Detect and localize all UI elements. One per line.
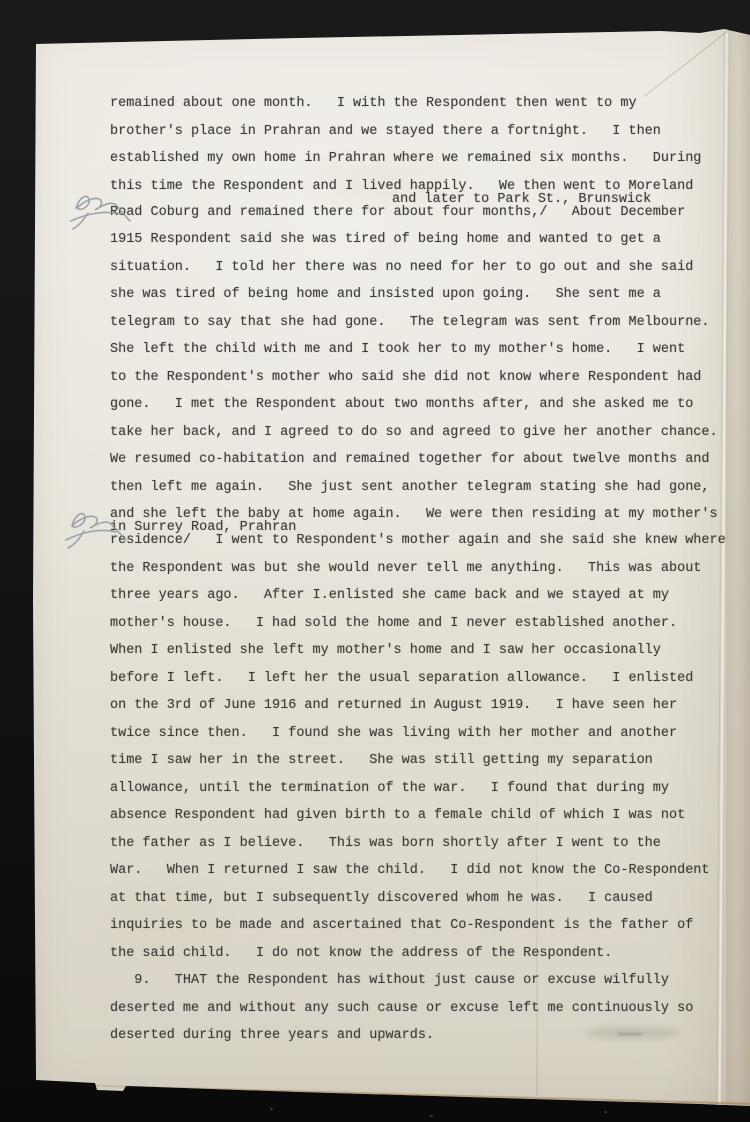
document-line: this time the Respondent and I lived hap… bbox=[110, 173, 740, 186]
document-line: time I saw her in the street. She was st… bbox=[110, 747, 740, 775]
document-line: 9. THAT the Respondent has without just … bbox=[110, 967, 740, 995]
document-line: War. When I returned I saw the child. I … bbox=[110, 857, 740, 885]
document-line: the father as I believe. This was born s… bbox=[110, 830, 740, 858]
document-line: on the 3rd of June 1916 and returned in … bbox=[110, 692, 740, 720]
document-line: established my own home in Prahran where… bbox=[110, 145, 740, 173]
dust-speck bbox=[604, 1111, 607, 1113]
document-line: mother's house. I had sold the home and … bbox=[110, 610, 740, 638]
dust-speck bbox=[430, 1115, 433, 1117]
document-line: three years ago. After I.enlisted she ca… bbox=[110, 582, 740, 610]
document-line: deserted me and without any such cause o… bbox=[110, 995, 740, 1023]
document-line: When I enlisted she left my mother's hom… bbox=[110, 637, 740, 665]
document-line: take her back, and I agreed to do so and… bbox=[110, 419, 740, 447]
document-page: remained about one month. I with the Res… bbox=[0, 0, 750, 1122]
document-line: telegram to say that she had gone. The t… bbox=[110, 309, 740, 337]
document-text: remained about one month. I with the Res… bbox=[110, 90, 740, 1050]
document-line: brother's place in Prahran and we stayed… bbox=[110, 118, 740, 146]
document-line: allowance, until the termination of the … bbox=[110, 775, 740, 803]
document-line: She left the child with me and I took he… bbox=[110, 336, 740, 364]
document-line: to the Respondent's mother who said she … bbox=[110, 364, 740, 392]
document-line: residence/ I went to Respondent's mother… bbox=[110, 527, 740, 555]
document-line: the Respondent was but she would never t… bbox=[110, 555, 740, 583]
pencil-initials-icon bbox=[62, 504, 130, 552]
document-line: inquiries to be made and ascertained tha… bbox=[110, 912, 740, 940]
document-line: before I left. I left her the usual sepa… bbox=[110, 665, 740, 693]
dust-speck bbox=[270, 1108, 273, 1110]
erased-text-dash bbox=[618, 1033, 642, 1035]
document-line: then left me again. She just sent anothe… bbox=[110, 474, 740, 502]
document-line: twice since then. I found she was living… bbox=[110, 720, 740, 748]
document-line: We resumed co-habitation and remained to… bbox=[110, 446, 740, 474]
paper-bottom-edge bbox=[36, 1083, 750, 1105]
document-line: she was tired of being home and insisted… bbox=[110, 281, 740, 309]
document-line: the said child. I do not know the addres… bbox=[110, 940, 740, 968]
document-line: remained about one month. I with the Res… bbox=[110, 90, 740, 118]
document-line: and she left the baby at home again. We … bbox=[110, 501, 740, 514]
photograph-background: remained about one month. I with the Res… bbox=[0, 0, 750, 1122]
document-line: gone. I met the Respondent about two mon… bbox=[110, 391, 740, 419]
paper-wrinkle bbox=[644, 26, 734, 97]
document-line: 1915 Respondent said she was tired of be… bbox=[110, 226, 740, 254]
pencil-initials-icon bbox=[68, 188, 136, 234]
document-line: at that time, but I subsequently discove… bbox=[110, 885, 740, 913]
document-line: Road Coburg and remained there for about… bbox=[110, 199, 740, 227]
document-line: situation. I told her there was no need … bbox=[110, 254, 740, 282]
document-line: absence Respondent had given birth to a … bbox=[110, 802, 740, 830]
